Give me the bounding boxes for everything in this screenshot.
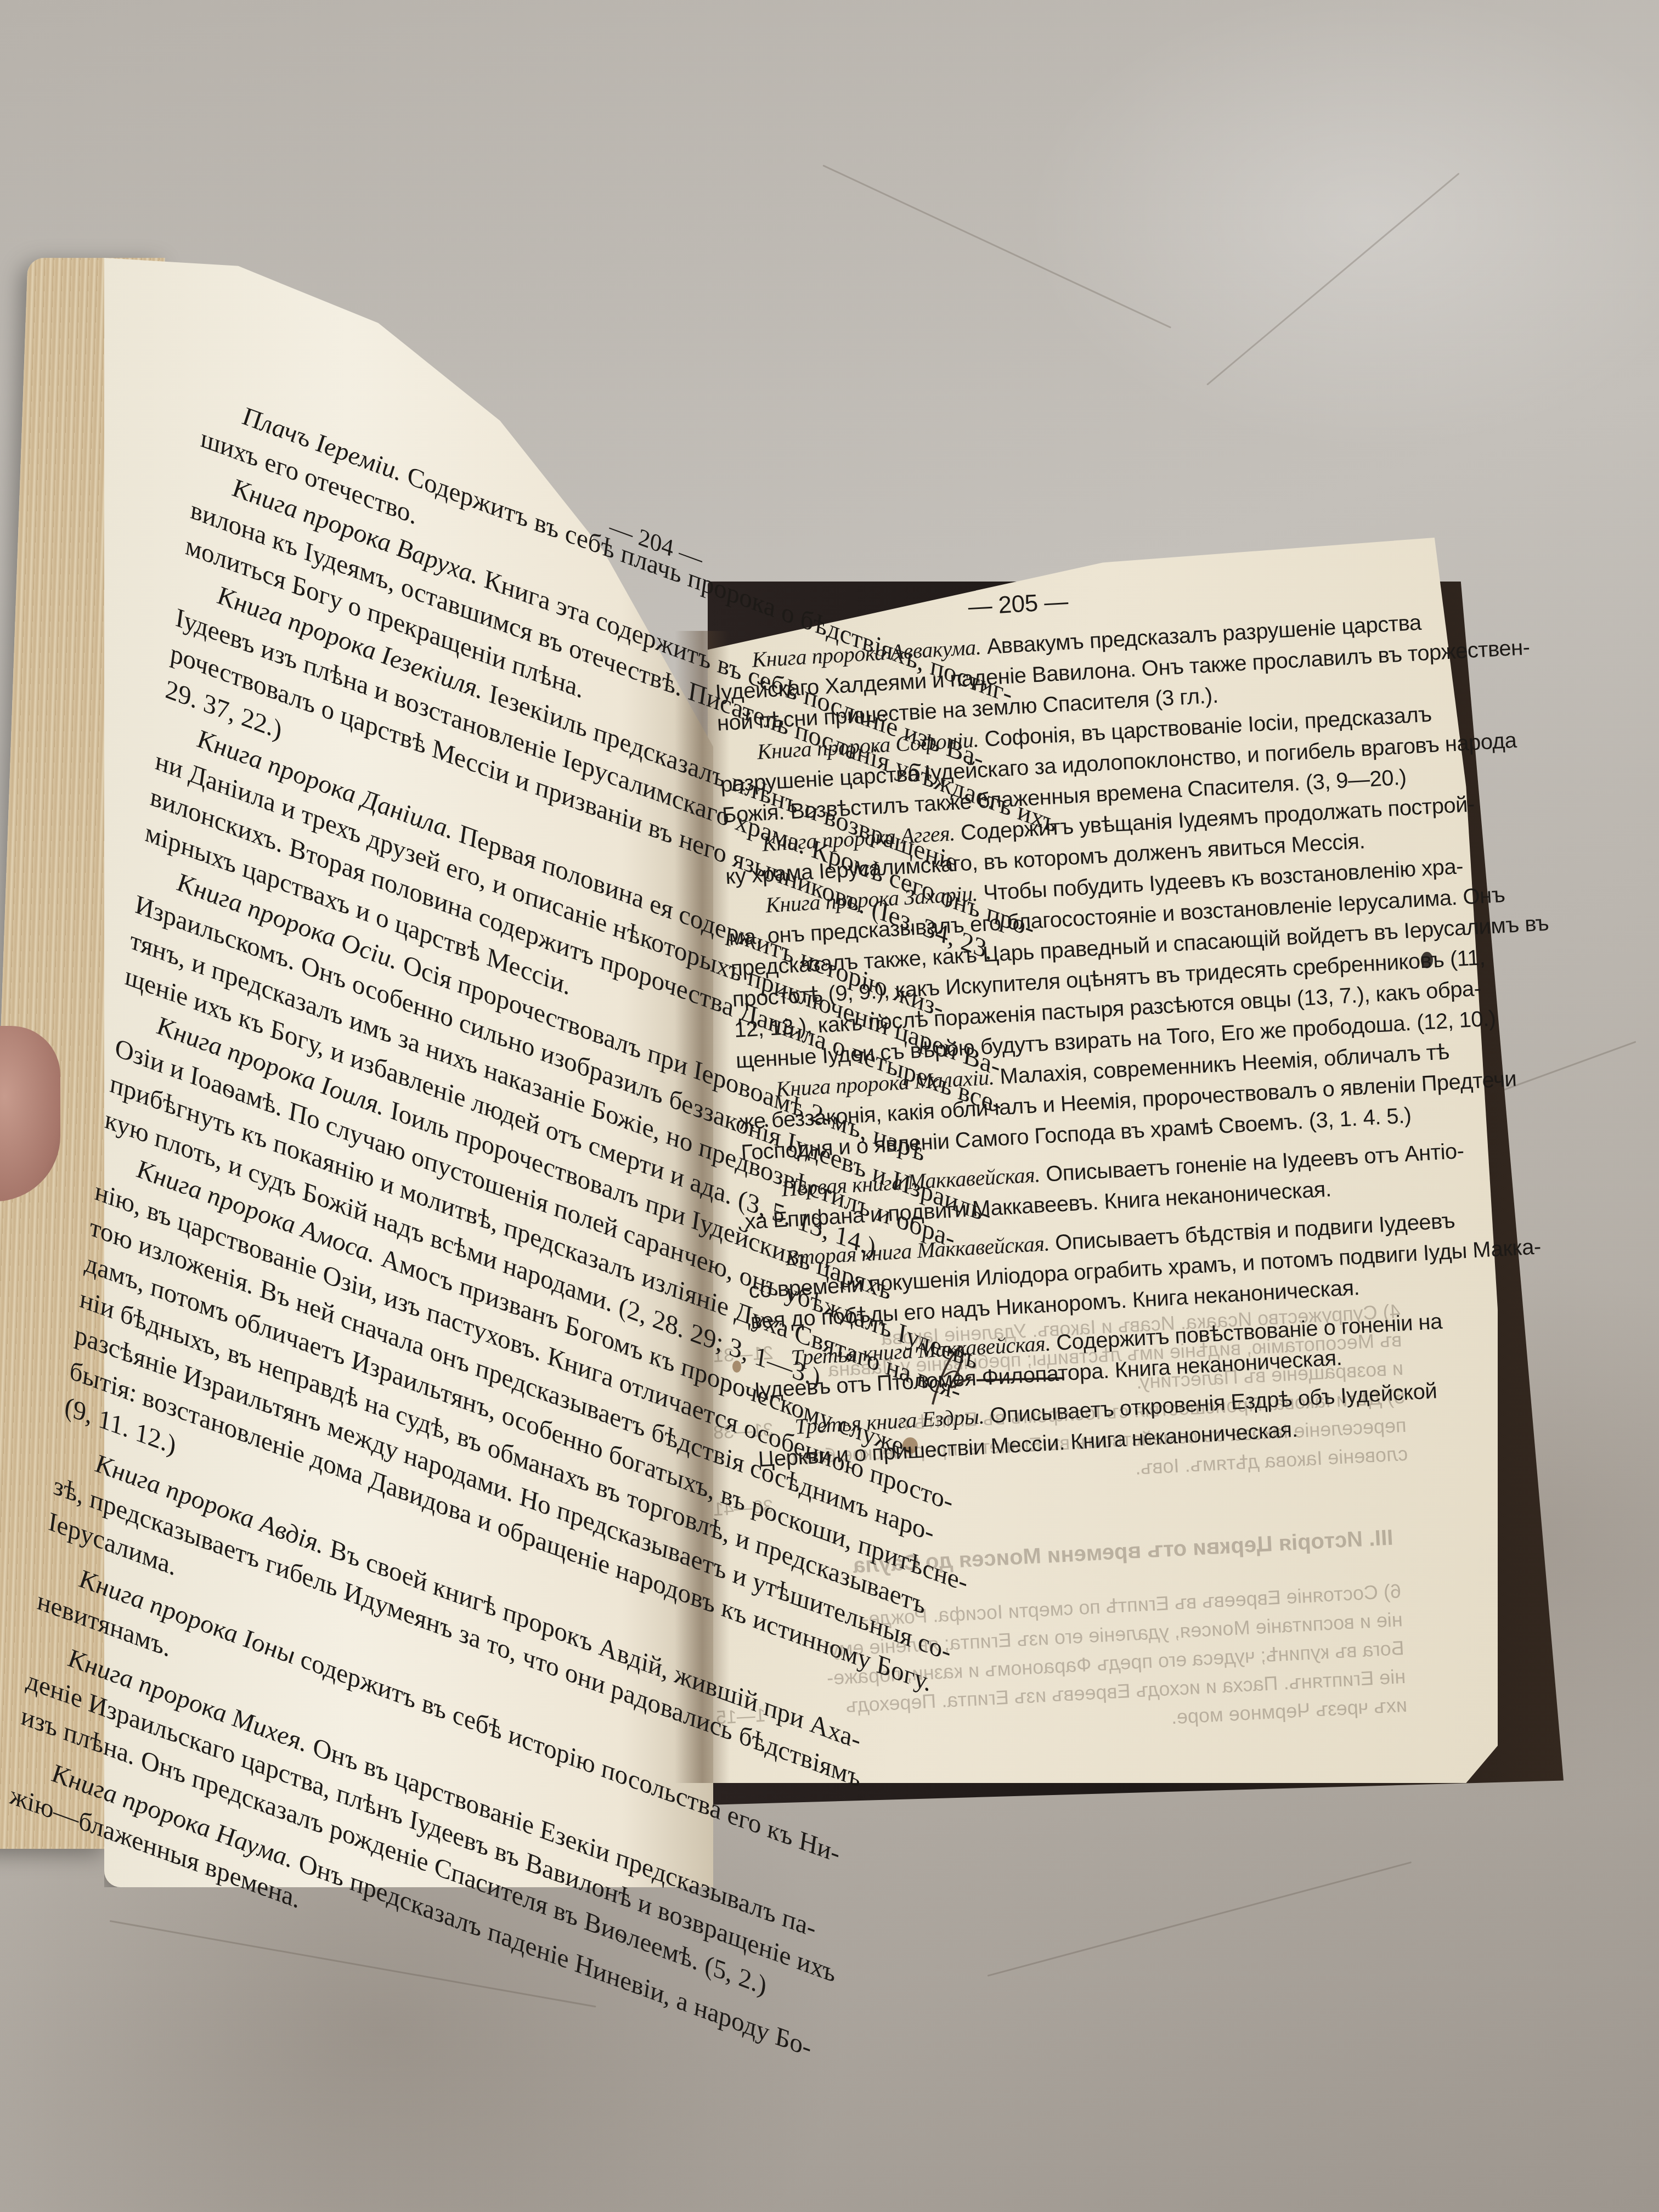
right-page-text: — 205 — Книга пророка Аввакума. Аввакумъ… <box>710 572 1373 1475</box>
surface-streak <box>822 165 1171 329</box>
surface-streak <box>988 1861 1412 1977</box>
surface-streak <box>1206 173 1460 386</box>
